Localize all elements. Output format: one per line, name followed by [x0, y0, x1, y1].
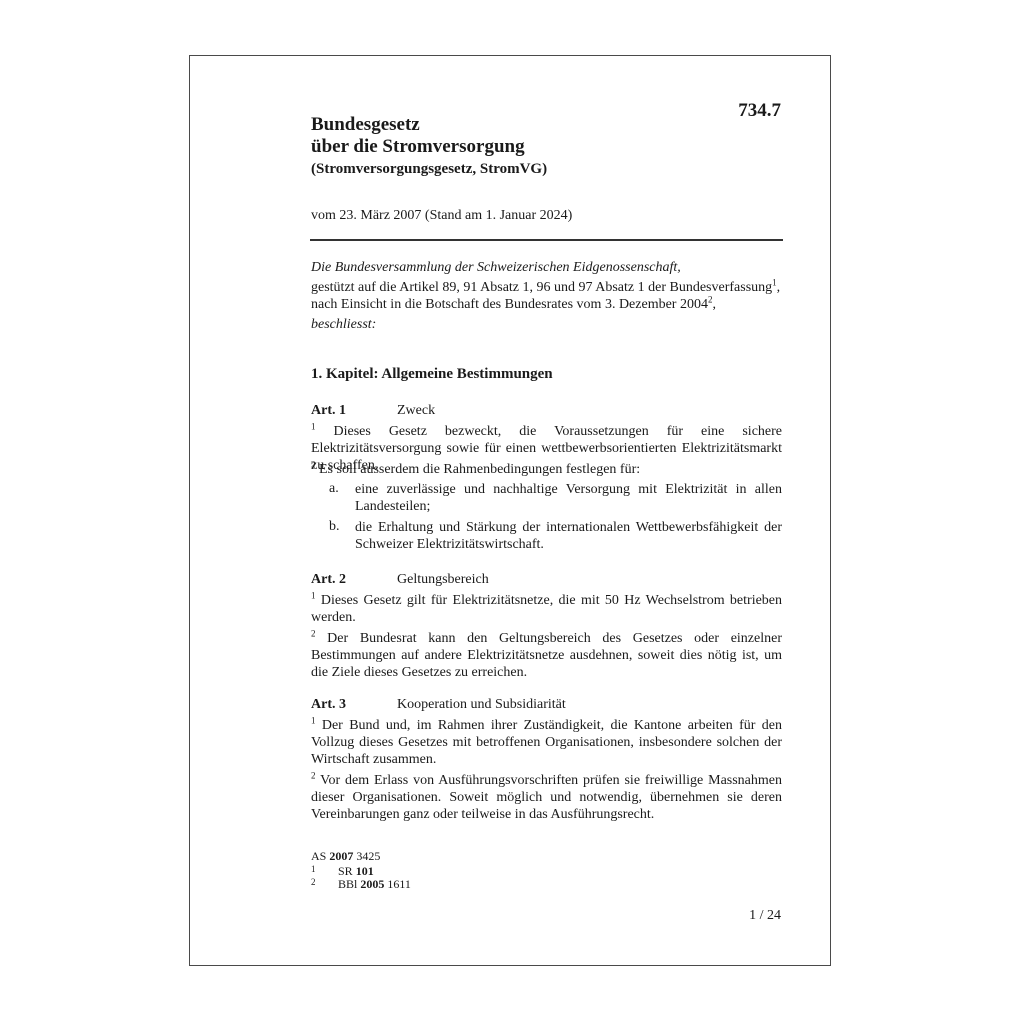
paragraph-text: Vor dem Erlass von Ausführungsvorschrift…	[311, 773, 782, 822]
preamble-decides: beschliesst:	[311, 316, 782, 333]
paragraph: 2 Vor dem Erlass von Ausführungsvorschri…	[311, 772, 782, 823]
article-number: Art. 3	[311, 697, 346, 713]
paragraph-text: Dieses Gesetz gilt für Elektrizitätsnetz…	[311, 593, 782, 625]
paragraph-number: 2	[311, 628, 316, 638]
paragraph: 1 Der Bund und, im Rahmen ihrer Zuständi…	[311, 717, 782, 768]
title-short: (Stromversorgungsgesetz, StromVG)	[311, 160, 547, 178]
paragraph-number: 2	[311, 770, 316, 780]
paragraph-number: 1	[311, 590, 316, 600]
title-line-1: Bundesgesetz	[311, 114, 420, 136]
paragraph-number: 2	[311, 459, 316, 469]
title-line-2: über die Stromversorgung	[311, 136, 525, 158]
chapter-heading: 1. Kapitel: Allgemeine Bestimmungen	[311, 366, 553, 383]
preamble-assembly: Die Bundesversammlung der Schweizerische…	[311, 259, 782, 276]
punct: ,	[777, 280, 781, 295]
footnote-prefix: SR	[338, 864, 353, 878]
paragraph-text: Der Bund und, im Rahmen ihrer Zuständigk…	[311, 718, 782, 767]
article-number: Art. 2	[311, 572, 346, 588]
list-item-text: eine zuverlässige und nachhaltige Versor…	[355, 481, 782, 515]
footnote-ref: 101	[356, 864, 374, 878]
footnote-number: 2	[311, 876, 316, 889]
footnote-ref: 2005	[360, 877, 384, 891]
header-rule	[310, 239, 783, 241]
article-number: Art. 1	[311, 403, 346, 419]
preamble-basis-text: gestützt auf die Artikel 89, 91 Absatz 1…	[311, 280, 772, 295]
article-title: Zweck	[397, 403, 435, 419]
as-page: 3425	[356, 849, 380, 863]
paragraph-number: 1	[311, 715, 316, 725]
punct: ,	[712, 297, 716, 312]
list-item-text: die Erhaltung und Stärkung der internati…	[355, 519, 782, 553]
as-year: 2007	[329, 849, 353, 863]
preamble-message-text: nach Einsicht in die Botschaft des Bunde…	[311, 297, 708, 312]
paragraph-text: Der Bundesrat kann den Geltungsbereich d…	[311, 631, 782, 680]
list-item-letter: a.	[329, 481, 339, 497]
paragraph-number: 1	[311, 421, 316, 431]
footnote-as: AS 2007 3425	[311, 850, 380, 863]
footnote-suffix: 1611	[387, 877, 411, 891]
date-line: vom 23. März 2007 (Stand am 1. Januar 20…	[311, 208, 572, 224]
list-item-letter: b.	[329, 519, 340, 535]
as-prefix: AS	[311, 849, 326, 863]
footnote-2: BBl 2005 1611	[338, 878, 411, 891]
footnote-number: 1	[311, 863, 316, 876]
article-title: Geltungsbereich	[397, 572, 489, 588]
article-title: Kooperation und Subsidiarität	[397, 697, 566, 713]
paragraph: 1 Dieses Gesetz gilt für Elektrizitätsne…	[311, 592, 782, 626]
paragraph-text: Es soll ausserdem die Rahmenbedingungen …	[319, 462, 640, 477]
sr-number: 734.7	[738, 100, 781, 122]
page-number: 1 / 24	[749, 908, 781, 924]
footnote-prefix: BBl	[338, 877, 357, 891]
paragraph: 2 Es soll ausserdem die Rahmenbedingunge…	[311, 461, 782, 478]
preamble-message: nach Einsicht in die Botschaft des Bunde…	[311, 296, 782, 313]
paragraph: 2 Der Bundesrat kann den Geltungsbereich…	[311, 630, 782, 681]
